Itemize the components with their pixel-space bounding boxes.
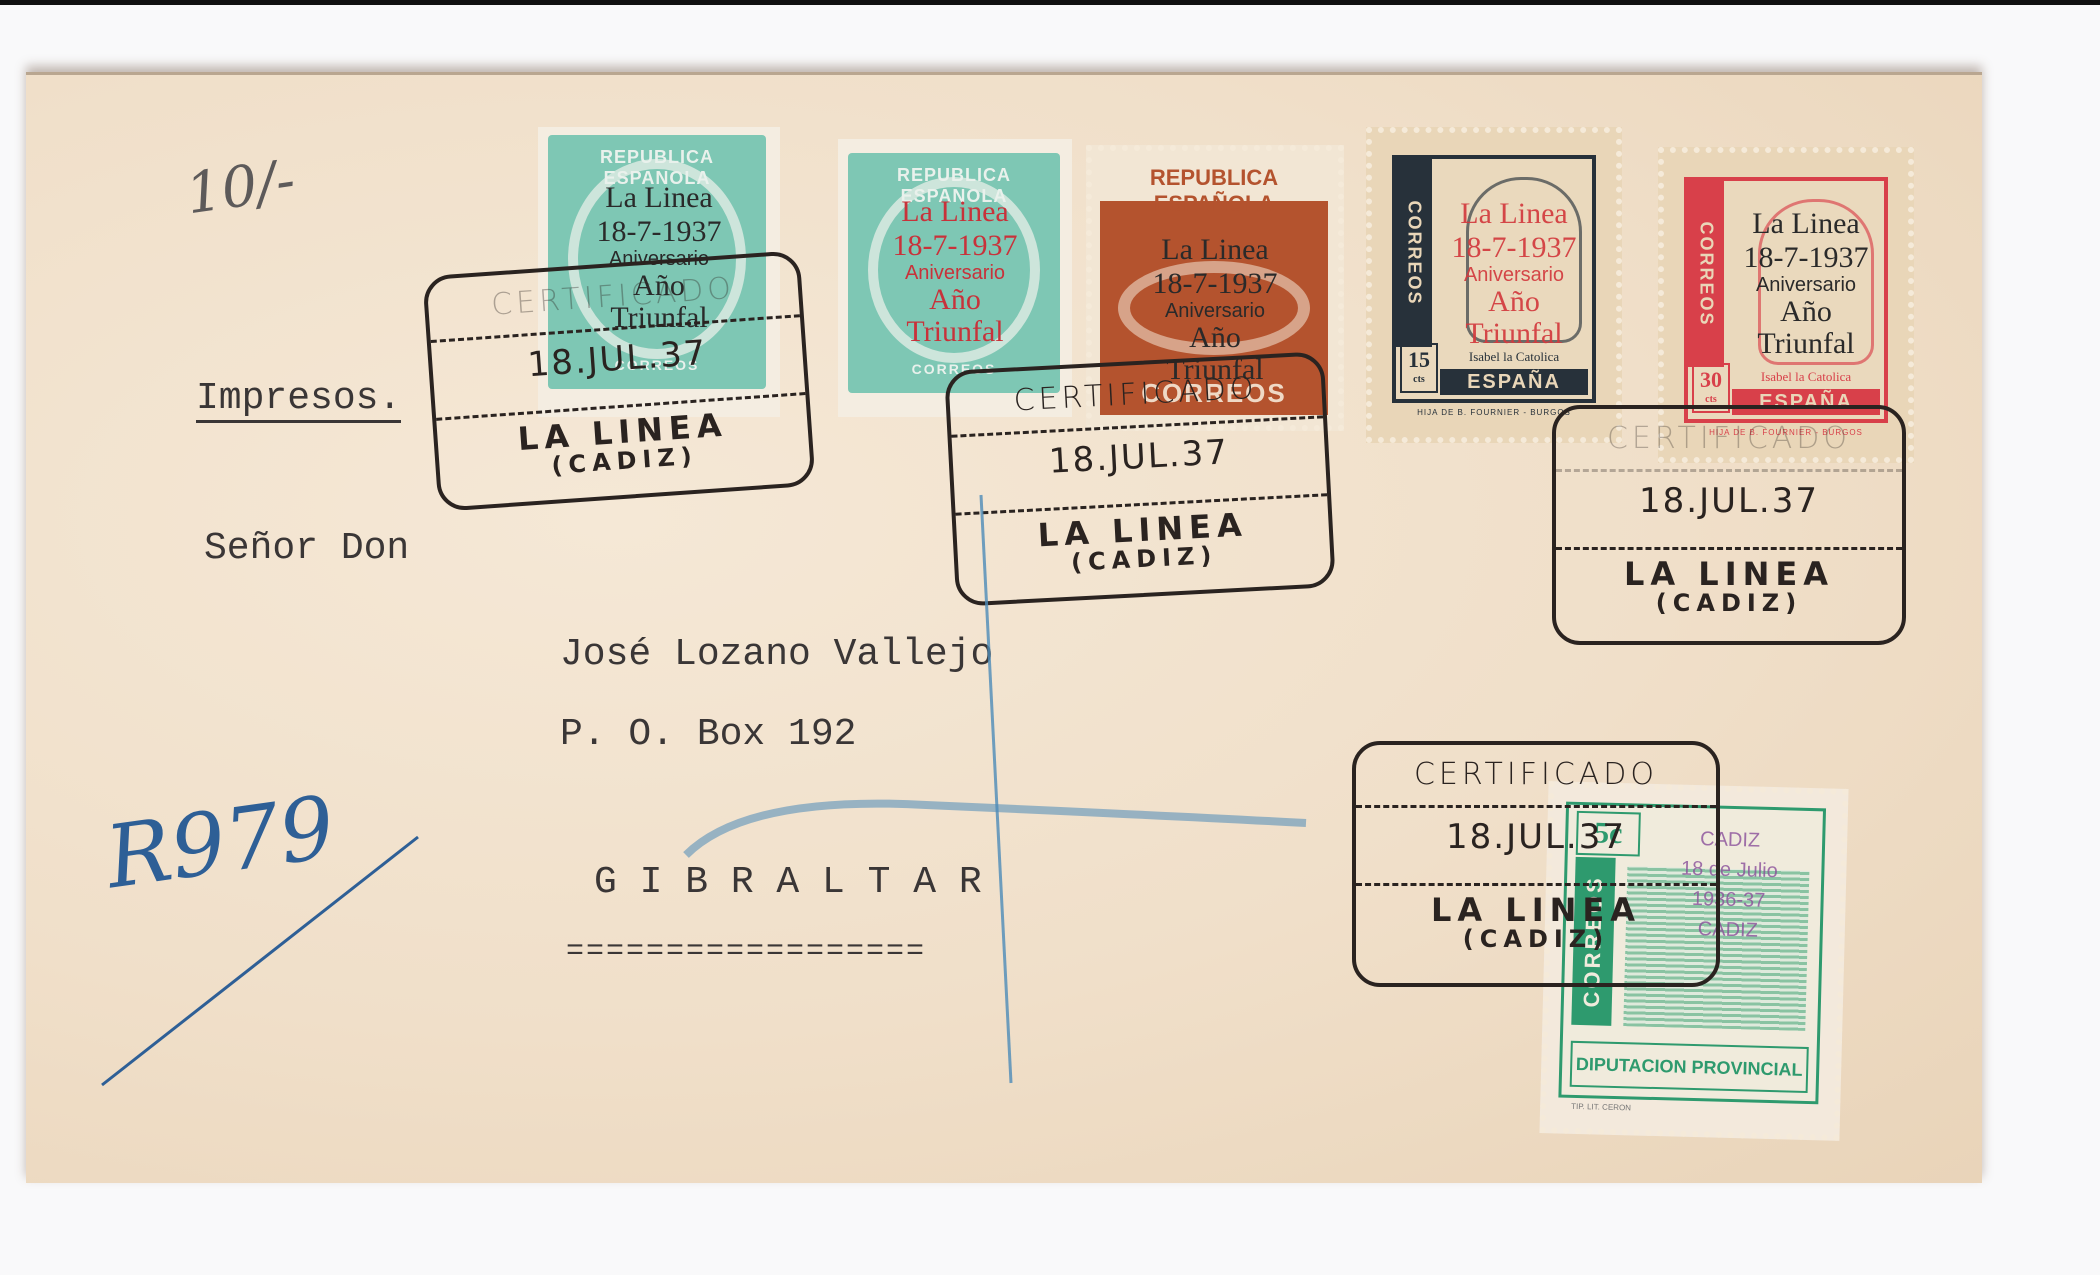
envelope: 10/- REPUBLICA ESPANOLA CORREOS La Linea…	[26, 72, 1982, 1183]
scan-top-edge	[0, 0, 2100, 5]
blue-pencil-marks	[26, 75, 1982, 1183]
